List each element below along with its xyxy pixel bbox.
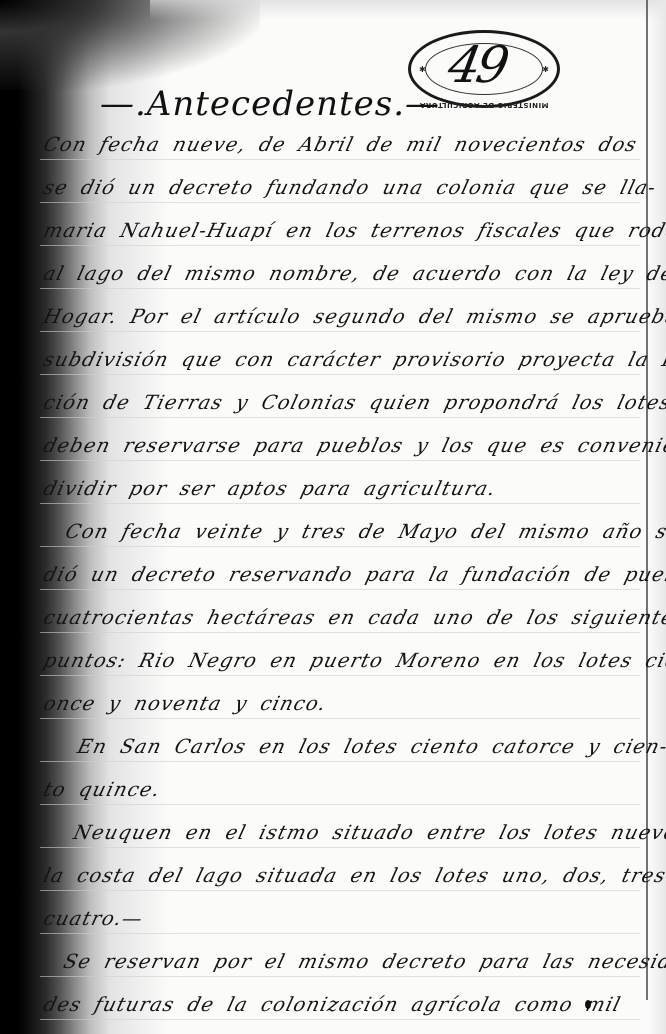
ruling-line (40, 632, 640, 633)
manuscript-line: ción de Tierras y Colonias quien propond… (41, 391, 666, 414)
margin-rule (646, 0, 648, 1000)
ruling-line (40, 933, 640, 934)
manuscript-line: al lago del mismo nombre, de acuerdo con… (41, 262, 666, 285)
ruling-line (40, 1019, 640, 1020)
manuscript-line: maria Nahuel-Huapí en los terrenos fisca… (41, 219, 666, 242)
manuscript-line: Con fecha veinte y tres de Mayo del mism… (63, 520, 666, 543)
ruling-line (40, 546, 640, 547)
manuscript-line: des futuras de la colonización agrícola … (41, 993, 624, 1016)
ruling-line (40, 159, 640, 160)
manuscript-line: cuatro.— (41, 907, 146, 930)
scan-haze-top (150, 0, 666, 20)
ruling-line (40, 804, 640, 805)
manuscript-line: Neuquen en el istmo situado entre los lo… (71, 821, 666, 844)
manuscript-page: MINISTERIO DE AGRICULTURA ✱ ✱ 49 —.Antec… (0, 0, 666, 1034)
ruling-line (40, 503, 640, 504)
ruling-line (40, 761, 640, 762)
manuscript-line: dividir por ser aptos para agricultura. (41, 477, 499, 500)
ruling-line (40, 460, 640, 461)
ruling-line (40, 417, 640, 418)
star-icon: ✱ (542, 65, 549, 74)
ruling-line (40, 374, 640, 375)
folio-number: 49 (444, 35, 510, 95)
manuscript-line: la costa del lago situada en los lotes u… (41, 864, 666, 887)
ruling-line (40, 245, 640, 246)
manuscript-line: dió un decreto reservando para la fundac… (41, 563, 666, 586)
manuscript-line: subdivisión que con carácter provisorio … (41, 348, 666, 371)
document-title: —.Antecedentes.— (100, 84, 440, 124)
manuscript-line: Se reservan por el mismo decreto para la… (61, 950, 666, 973)
star-icon: ✱ (419, 65, 426, 74)
manuscript-line: to quince. (41, 778, 163, 801)
ruling-line (40, 288, 640, 289)
ruling-line (40, 202, 640, 203)
manuscript-line: once y noventa y cinco. (41, 692, 329, 715)
manuscript-line: Con fecha nueve, de Abril de mil novecie… (41, 133, 640, 156)
manuscript-line: En San Carlos en los lotes ciento catorc… (75, 735, 666, 758)
ruling-line (40, 890, 640, 891)
ruling-line (40, 718, 640, 719)
ruling-line (40, 589, 640, 590)
ruling-line (40, 675, 640, 676)
manuscript-line: cuatrocientas hectáreas en cada uno de l… (41, 606, 666, 629)
manuscript-line: deben reservarse para pueblos y los que … (41, 434, 666, 457)
ruling-line (40, 331, 640, 332)
manuscript-line: Hogar. Por el artículo segundo del mismo… (41, 305, 666, 328)
ruling-line (40, 847, 640, 848)
manuscript-line: se dió un decreto fundando una colonia q… (41, 176, 659, 199)
ink-blot (585, 1000, 591, 1009)
ruling-line (40, 976, 640, 977)
manuscript-line: puntos: Rio Negro en puerto Moreno en lo… (41, 649, 666, 672)
